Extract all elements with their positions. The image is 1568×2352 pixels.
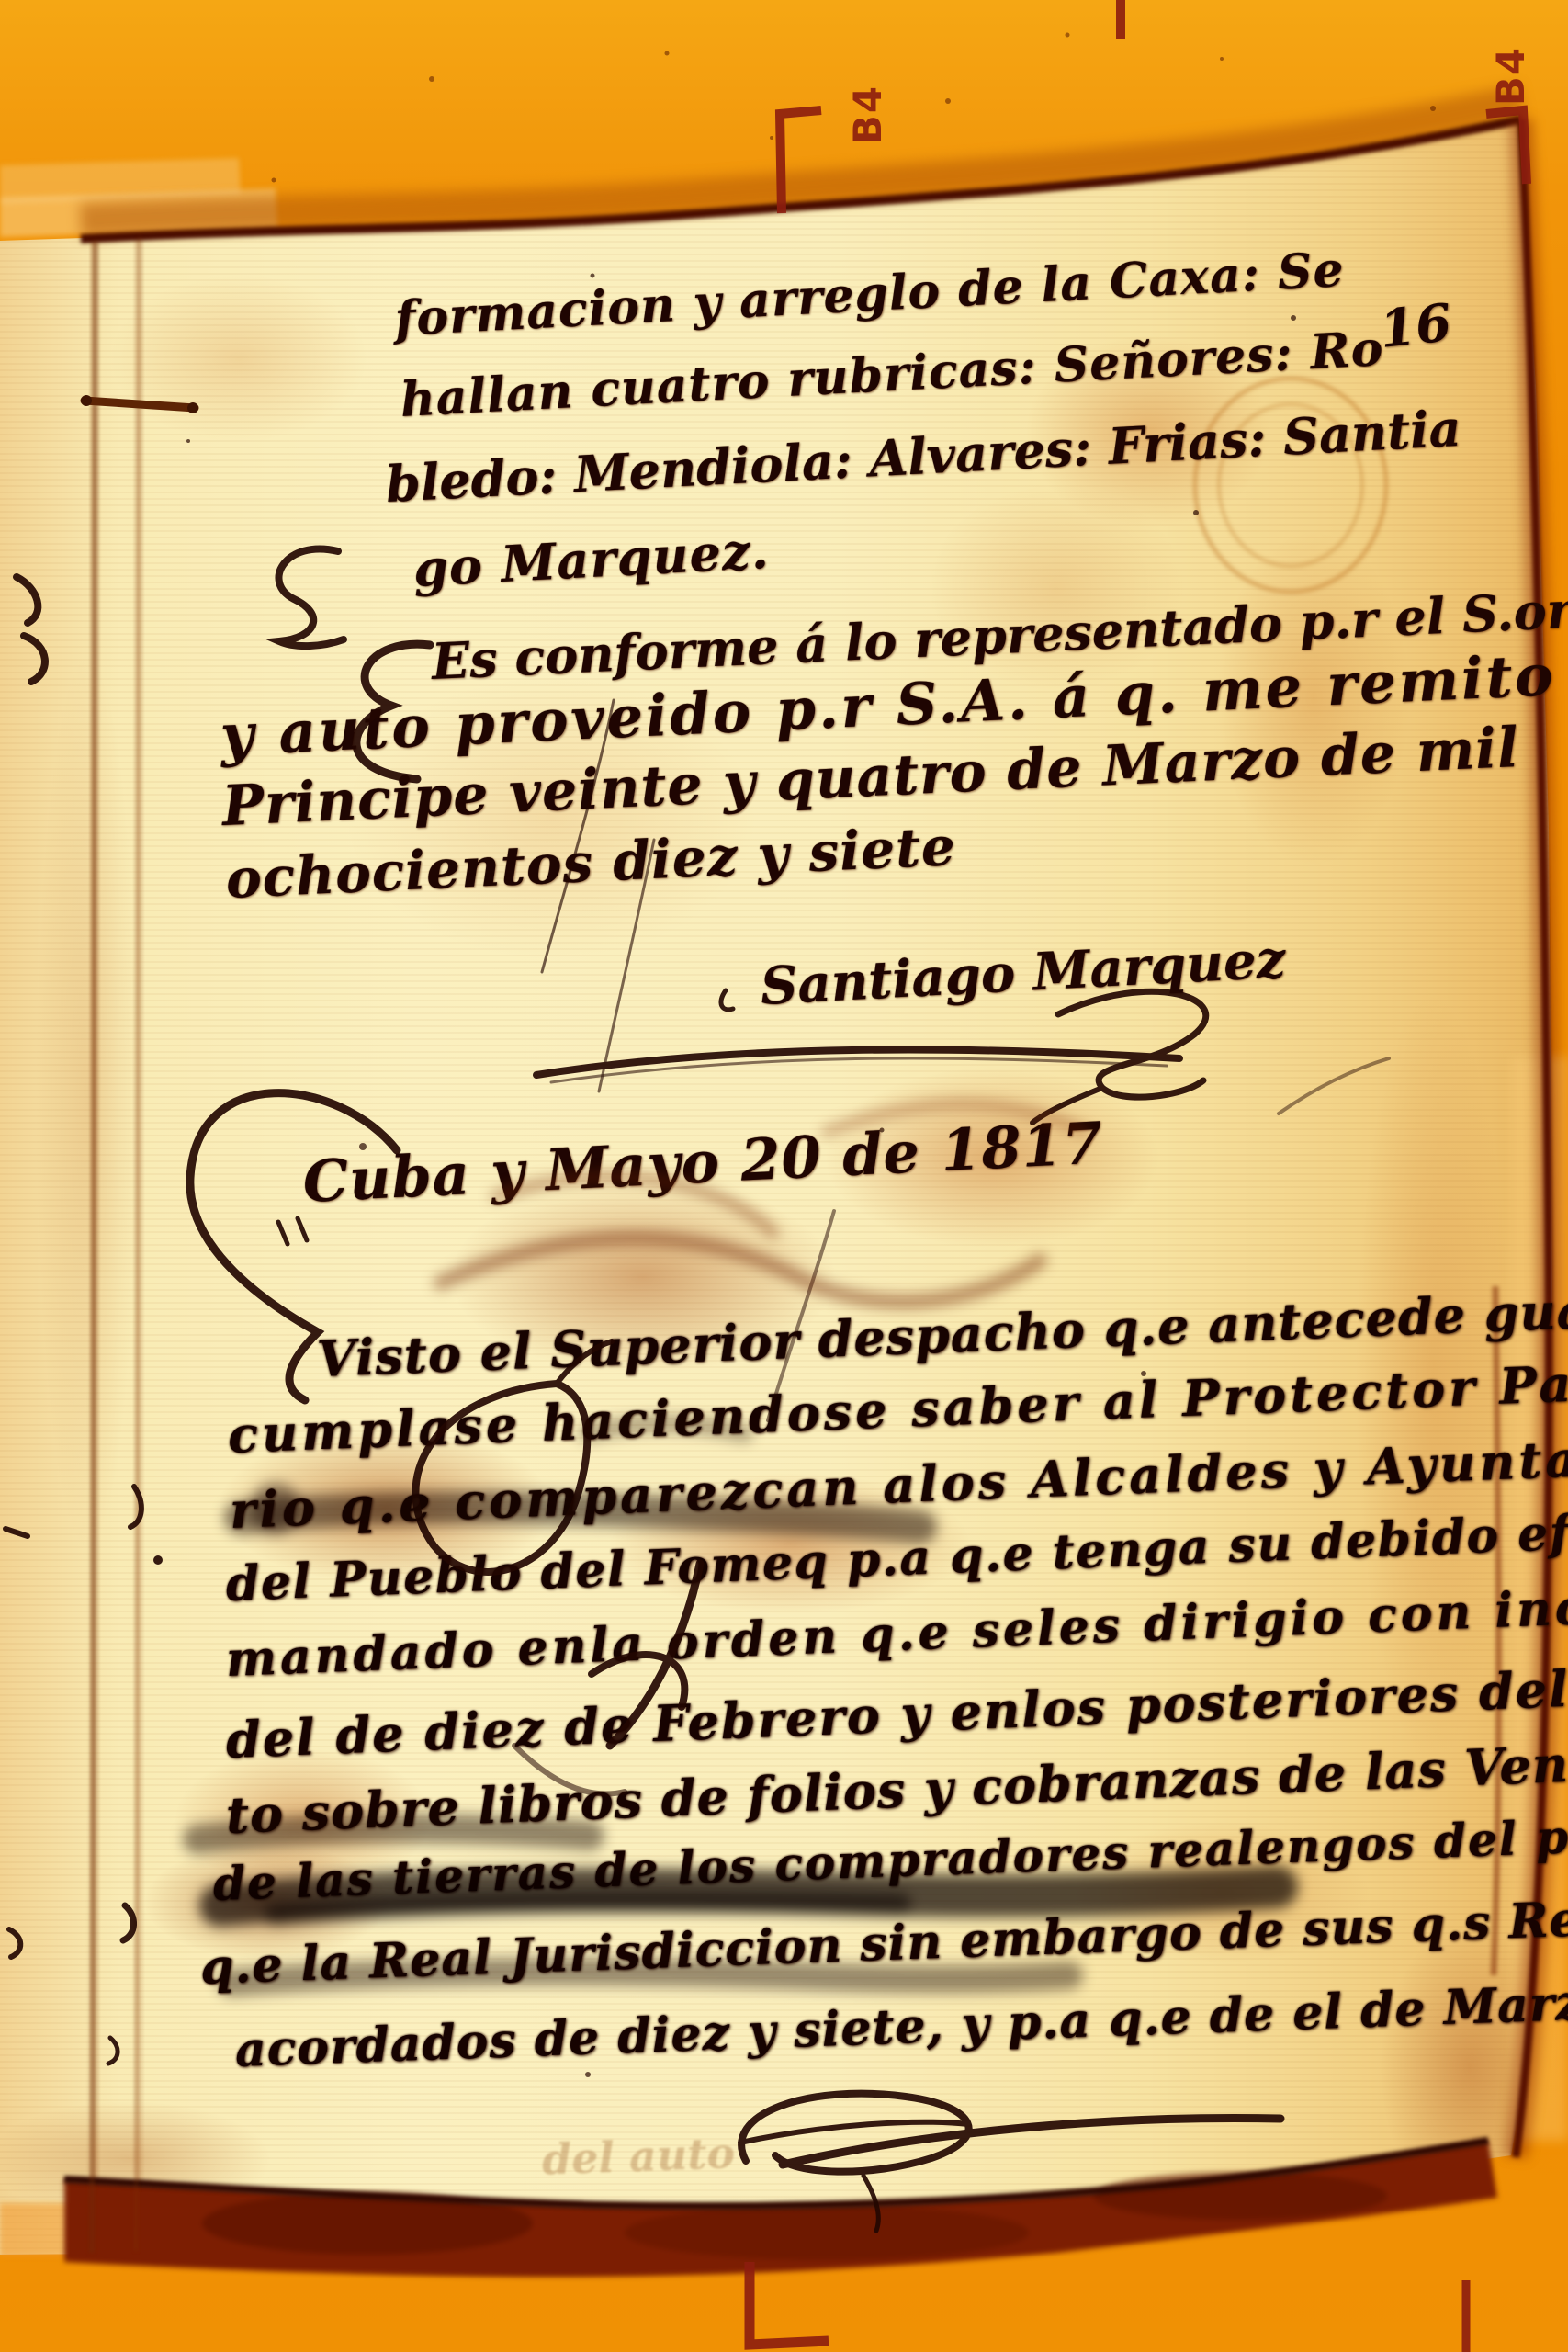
signature-rubric (536, 990, 1206, 1123)
margin-marks (6, 577, 163, 2064)
dateline-c-swash (190, 1093, 397, 1400)
ink-overlay-layer (0, 0, 1568, 2352)
manuscript-photograph: formacion y arreglo de la Caxa: Se halla… (0, 0, 1568, 2352)
final-rubric (740, 2094, 1280, 2231)
ink-smears (197, 1104, 1277, 1983)
descender-flourishes (514, 1564, 700, 1794)
visto-v-swash (415, 1341, 612, 1572)
capital-e-flourish (356, 644, 430, 779)
paraph-flourish (278, 548, 344, 646)
